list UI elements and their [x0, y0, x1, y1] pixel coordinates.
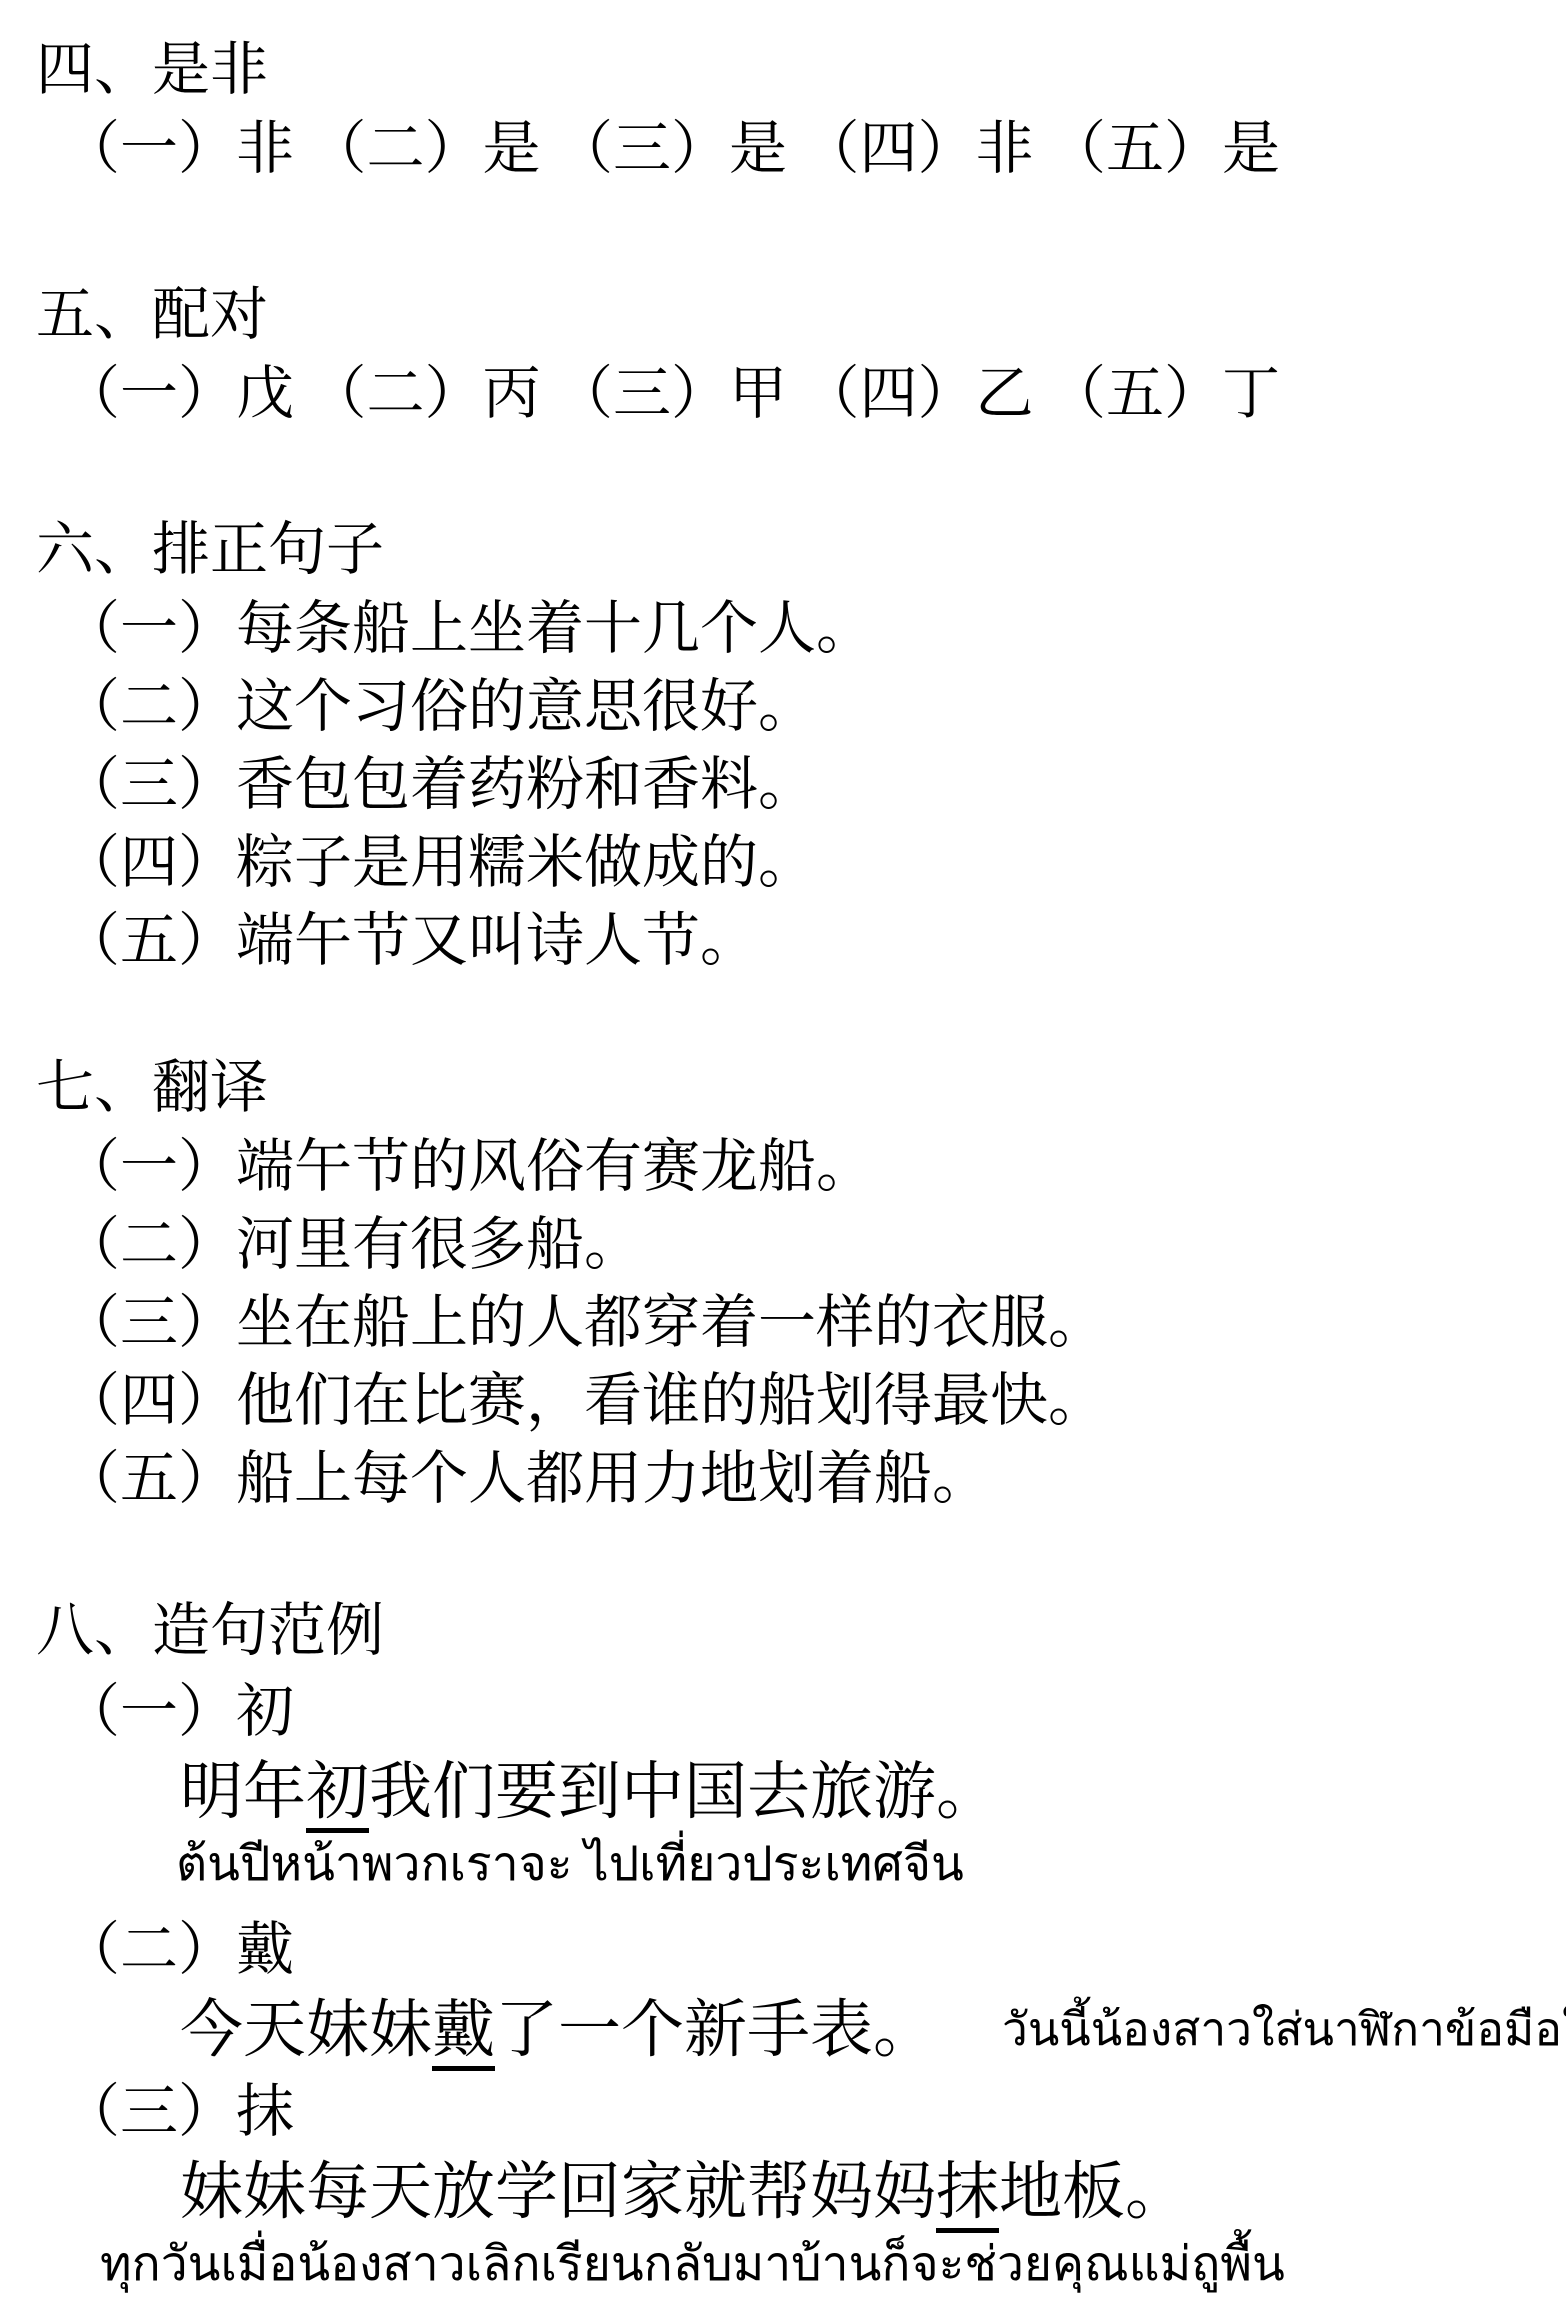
section-7-item: （一）端午节的风俗有赛龙船。: [62, 1128, 1566, 1206]
example-1-underlined-word: 初: [306, 1757, 369, 1833]
example-2-label: （二）戴: [62, 1911, 1566, 1989]
example-1-thai-translation: ต้นปีหน้าพวกเราจะ ไปเที่ยวประเทศจีน: [176, 1833, 1566, 1897]
example-3-post: 地板。: [999, 2157, 1188, 2227]
example-1-label: （一）初: [62, 1673, 1566, 1751]
section-5-answers: （一）戊 （二）丙 （三）甲 （四）乙 （五）丁: [62, 355, 1566, 433]
example-2-sentence: 今天妹妹戴了一个新手表。วันนี้น้องสาวใส่นาฬิกาข้อมือ…: [180, 1989, 1566, 2071]
example-3-underlined-word: 抹: [936, 2157, 999, 2233]
section-6-item: （五）端午节又叫诗人节。: [62, 902, 1566, 980]
example-1-pre: 明年: [180, 1757, 306, 1827]
section-7-item: （四）他们在比赛，看谁的船划得最快。: [62, 1362, 1566, 1440]
example-3-sentence: 妹妹每天放学回家就帮妈妈抹地板。: [180, 2151, 1566, 2233]
example-2-underlined-word: 戴: [432, 1995, 495, 2071]
section-6-title: 六、排正句子: [36, 510, 1566, 590]
example-1-post: 我们要到中国去旅游。: [369, 1757, 999, 1827]
section-7-item: （五）船上每个人都用力地划着船。: [62, 1440, 1566, 1518]
section-7-title: 七、翻译: [36, 1048, 1566, 1128]
section-4-title: 四、是非: [36, 30, 1566, 110]
section-8-title: 八、造句范例: [36, 1591, 1566, 1671]
example-2-thai-translation: วันนี้น้องสาวใส่นาฬิกาข้อมือใหม่: [1002, 2004, 1566, 2055]
example-2-pre: 今天妹妹: [180, 1995, 432, 2065]
example-1-sentence: 明年初我们要到中国去旅游。: [180, 1751, 1566, 1833]
section-6-item: （四）粽子是用糯米做成的。: [62, 824, 1566, 902]
section-7-item: （二）河里有很多船。: [62, 1206, 1566, 1284]
example-3-label: （三）抹: [62, 2073, 1566, 2151]
section-4-answers: （一）非 （二）是 （三）是 （四）非 （五）是: [62, 110, 1566, 188]
section-7-item: （三）坐在船上的人都穿着一样的衣服。: [62, 1284, 1566, 1362]
example-3-pre: 妹妹每天放学回家就帮妈妈: [180, 2157, 936, 2227]
example-3-thai-translation: ทุกวันเมื่อน้องสาวเลิกเรียนกลับมาบ้านก็จ…: [100, 2233, 1566, 2297]
section-6-item: （一）每条船上坐着十几个人。: [62, 590, 1566, 668]
document-page: 四、是非 （一）非 （二）是 （三）是 （四）非 （五）是 五、配对 （一）戊 …: [0, 0, 1566, 2297]
example-2-post: 了一个新手表。: [495, 1995, 936, 2065]
section-6-item: （三）香包包着药粉和香料。: [62, 746, 1566, 824]
section-6-item: （二）这个习俗的意思很好。: [62, 668, 1566, 746]
section-5-title: 五、配对: [36, 275, 1566, 355]
